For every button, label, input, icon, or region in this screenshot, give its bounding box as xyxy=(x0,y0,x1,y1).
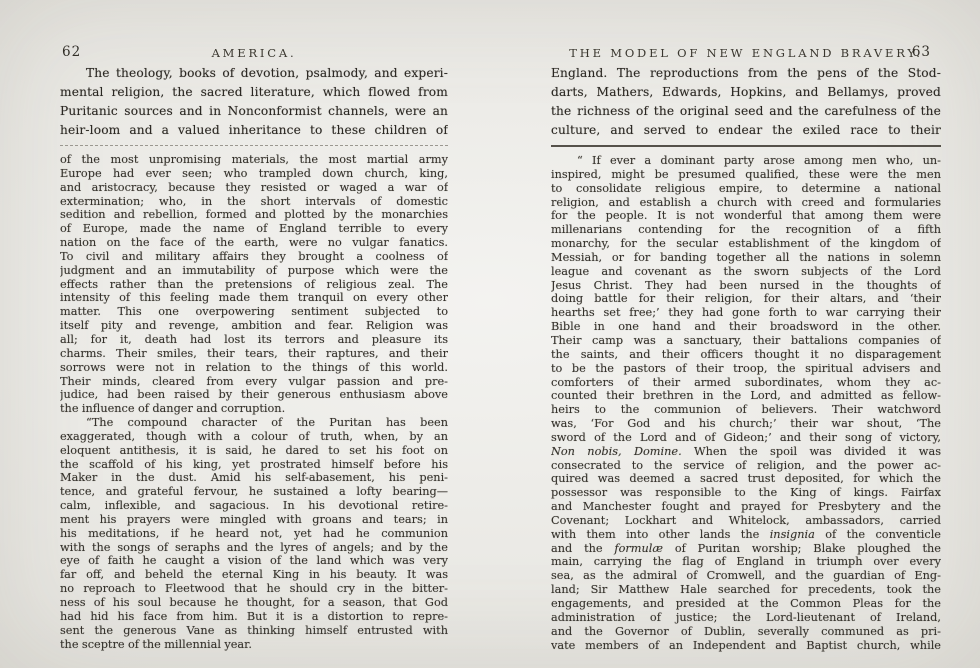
page-left: 62 AMERICA. The theology, books of devot… xyxy=(60,0,448,668)
text-line: Their minds, cleared from every vulgar p… xyxy=(60,375,448,389)
text-line: sea, as the admiral of Cromwell, and the… xyxy=(551,569,941,583)
text-line: of the most unpromising materials, the m… xyxy=(60,153,448,167)
text-line: to be the pastors of their troop, the sp… xyxy=(551,362,941,376)
text-line: counted their brethren in the Lord, and … xyxy=(551,389,941,403)
text-line: Puritanic sources and in Nonconformist c… xyxy=(60,102,448,121)
footnote-left-paragraph-2: “The compound character of the Puritan h… xyxy=(60,416,448,651)
footnote-left-paragraph-1: of the most unpromising materials, the m… xyxy=(60,153,448,416)
text-line: England. The reproductions from the pens… xyxy=(551,64,941,83)
text-line: extermination; who, in the short interva… xyxy=(60,195,448,209)
text-line: the saints, and their officers thought i… xyxy=(551,348,941,362)
text-line: the sceptre of the millennial year. xyxy=(60,638,448,652)
page-number-right: 63 xyxy=(912,44,931,60)
text-line: charms. Their smiles, their tears, their… xyxy=(60,347,448,361)
text-line: for the people. It is not wonderful that… xyxy=(551,209,941,223)
text-line: Their camp was a sanctuary, their battal… xyxy=(551,334,941,348)
text-line: vate members of an Independent and Bapti… xyxy=(551,639,941,653)
text-line: ness of his soul because he thought, for… xyxy=(60,596,448,610)
text-line: main, carrying the flag of England in tr… xyxy=(551,555,941,569)
text-line: the scaffold of his king, yet prostrated… xyxy=(60,458,448,472)
text-line: Bible in one hand and their broadsword i… xyxy=(551,320,941,334)
italic-text-segment: formulæ xyxy=(614,542,663,555)
text-line: mental religion, the sacred literature, … xyxy=(60,83,448,102)
footnote-separator-right xyxy=(551,145,941,149)
text-line: and the formulæ of Puritan worship; Blak… xyxy=(551,542,941,556)
text-line: judgment and an immutability of purpose … xyxy=(60,264,448,278)
text-line: land; Sir Matthew Hale searched for prec… xyxy=(551,583,941,597)
text-line: monarchy, for the secular establishment … xyxy=(551,237,941,251)
text-line: and the Governor of Dublin, severally co… xyxy=(551,625,941,639)
text-line: administration of justice; the Lord-lieu… xyxy=(551,611,941,625)
text-line: with the songs of seraphs and the lyres … xyxy=(60,541,448,555)
page-right-header: THE MODEL OF NEW ENGLAND BRAVERY. 63 xyxy=(551,0,941,60)
running-head-right: THE MODEL OF NEW ENGLAND BRAVERY. xyxy=(551,46,941,60)
text-line: tence, and grateful fervour, he sustaine… xyxy=(60,485,448,499)
text-line: sedition and rebellion, formed and plott… xyxy=(60,208,448,222)
text-line: Messiah, or for banding together all the… xyxy=(551,251,941,265)
text-line: no reproach to Fleetwood that he should … xyxy=(60,582,448,596)
text-line: sword of the Lord and of Gideon;’ and th… xyxy=(551,431,941,445)
text-line: matter. This one overpowering sentiment … xyxy=(60,305,448,319)
text-line: the influence of danger and corruption. xyxy=(60,402,448,416)
text-line: “ If ever a dominant party arose among m… xyxy=(551,154,941,168)
footnote-right-paragraph: “ If ever a dominant party arose among m… xyxy=(551,154,941,652)
text-line: eloquent antithesis, it is said, he dare… xyxy=(60,444,448,458)
text-line: religion, and establish a church with cr… xyxy=(551,196,941,210)
footnote-left: of the most unpromising materials, the m… xyxy=(60,153,448,651)
text-line: darts, Mathers, Edwards, Hopkins, and Be… xyxy=(551,83,941,102)
text-line: Jesus Christ. They had been nursed in th… xyxy=(551,279,941,293)
text-line: eye of faith he caught a vision of the l… xyxy=(60,554,448,568)
text-line: possessor was responsible to the King of… xyxy=(551,486,941,500)
text-line: was, ‘For God and his church;’ their war… xyxy=(551,417,941,431)
text-line: comforters of their armed subordinates, … xyxy=(551,376,941,390)
text-line: with them into other lands the insignia … xyxy=(551,528,941,542)
text-segment: of Puritan worship; Blake ploughed the xyxy=(663,542,941,555)
text-line: The theology, books of devotion, psalmod… xyxy=(60,64,448,83)
text-line: consecrated to the service of religion, … xyxy=(551,459,941,473)
text-segment: of the conventicle xyxy=(815,528,941,541)
body-paragraph-right: England. The reproductions from the pens… xyxy=(551,64,941,140)
text-line: had hid his face from him. But it is a d… xyxy=(60,610,448,624)
text-line: itself pity and revenge, ambition and fe… xyxy=(60,319,448,333)
text-segment: with them into other lands the xyxy=(551,528,770,541)
text-line: intensity of this feeling made them tran… xyxy=(60,291,448,305)
footnote-separator-left xyxy=(60,145,448,148)
text-line: calm, inflexible, and sagacious. In his … xyxy=(60,499,448,513)
text-segment: When the spoil was divided it was xyxy=(682,445,941,458)
text-line: quired was deemed a sacred trust deposit… xyxy=(551,472,941,486)
text-line: “The compound character of the Puritan h… xyxy=(60,416,448,430)
running-head-left: AMERICA. xyxy=(60,46,448,60)
text-line: league and covenant as the sworn subject… xyxy=(551,265,941,279)
text-line: heirs to the communion of believers. The… xyxy=(551,403,941,417)
text-line: hearths set free;’ they had gone forth t… xyxy=(551,306,941,320)
footnote-right: “ If ever a dominant party arose among m… xyxy=(551,154,941,652)
text-line: culture, and served to endear the exiled… xyxy=(551,121,941,140)
text-line: inspired, might be presumed qualified, t… xyxy=(551,168,941,182)
text-line: millenarians contending for the recognit… xyxy=(551,223,941,237)
text-line: ment his prayers were mingled with groan… xyxy=(60,513,448,527)
body-paragraph-left: The theology, books of devotion, psalmod… xyxy=(60,64,448,140)
text-line: nation on the face of the earth, were no… xyxy=(60,236,448,250)
text-line: to consolidate religious empire, to dete… xyxy=(551,182,941,196)
text-line: Europe had ever seen; who trampled down … xyxy=(60,167,448,181)
text-line: Non nobis, Domine. When the spoil was di… xyxy=(551,445,941,459)
text-line: all; for it, death had lost its terrors … xyxy=(60,333,448,347)
text-line: engagements, and presided at the Common … xyxy=(551,597,941,611)
page-left-header: 62 AMERICA. xyxy=(60,0,448,60)
text-segment: and the xyxy=(551,542,614,555)
text-line: sent the generous Vane as thinking himse… xyxy=(60,624,448,638)
book-scan-spread: 62 AMERICA. The theology, books of devot… xyxy=(0,0,980,668)
text-line: heir-loom and a valued inheritance to th… xyxy=(60,121,448,140)
text-line: the richness of the original seed and th… xyxy=(551,102,941,121)
text-line: doing battle for their religion, for the… xyxy=(551,292,941,306)
text-line: judice, had been raised by their generou… xyxy=(60,388,448,402)
text-line: effects rather than the pretensions of r… xyxy=(60,278,448,292)
text-line: his meditations, if he heard not, yet ha… xyxy=(60,527,448,541)
text-line: and Manchester fought and prayed for Pre… xyxy=(551,500,941,514)
text-line: of Europe, made the name of England terr… xyxy=(60,222,448,236)
text-line: far off, and beheld the eternal King in … xyxy=(60,568,448,582)
italic-text-segment: insignia xyxy=(770,528,815,541)
text-line: sorrows were not in relation to the thin… xyxy=(60,361,448,375)
text-line: To civil and military affairs they broug… xyxy=(60,250,448,264)
page-right: THE MODEL OF NEW ENGLAND BRAVERY. 63 Eng… xyxy=(551,0,941,668)
text-line: and aristocracy, because they resisted o… xyxy=(60,181,448,195)
italic-text-segment: Non nobis, Domine. xyxy=(551,445,682,458)
text-line: Covenant; Lockhart and Whitelock, ambass… xyxy=(551,514,941,528)
text-line: exaggerated, though with a colour of tru… xyxy=(60,430,448,444)
text-line: Maker in the dust. Amid his self-abaseme… xyxy=(60,471,448,485)
